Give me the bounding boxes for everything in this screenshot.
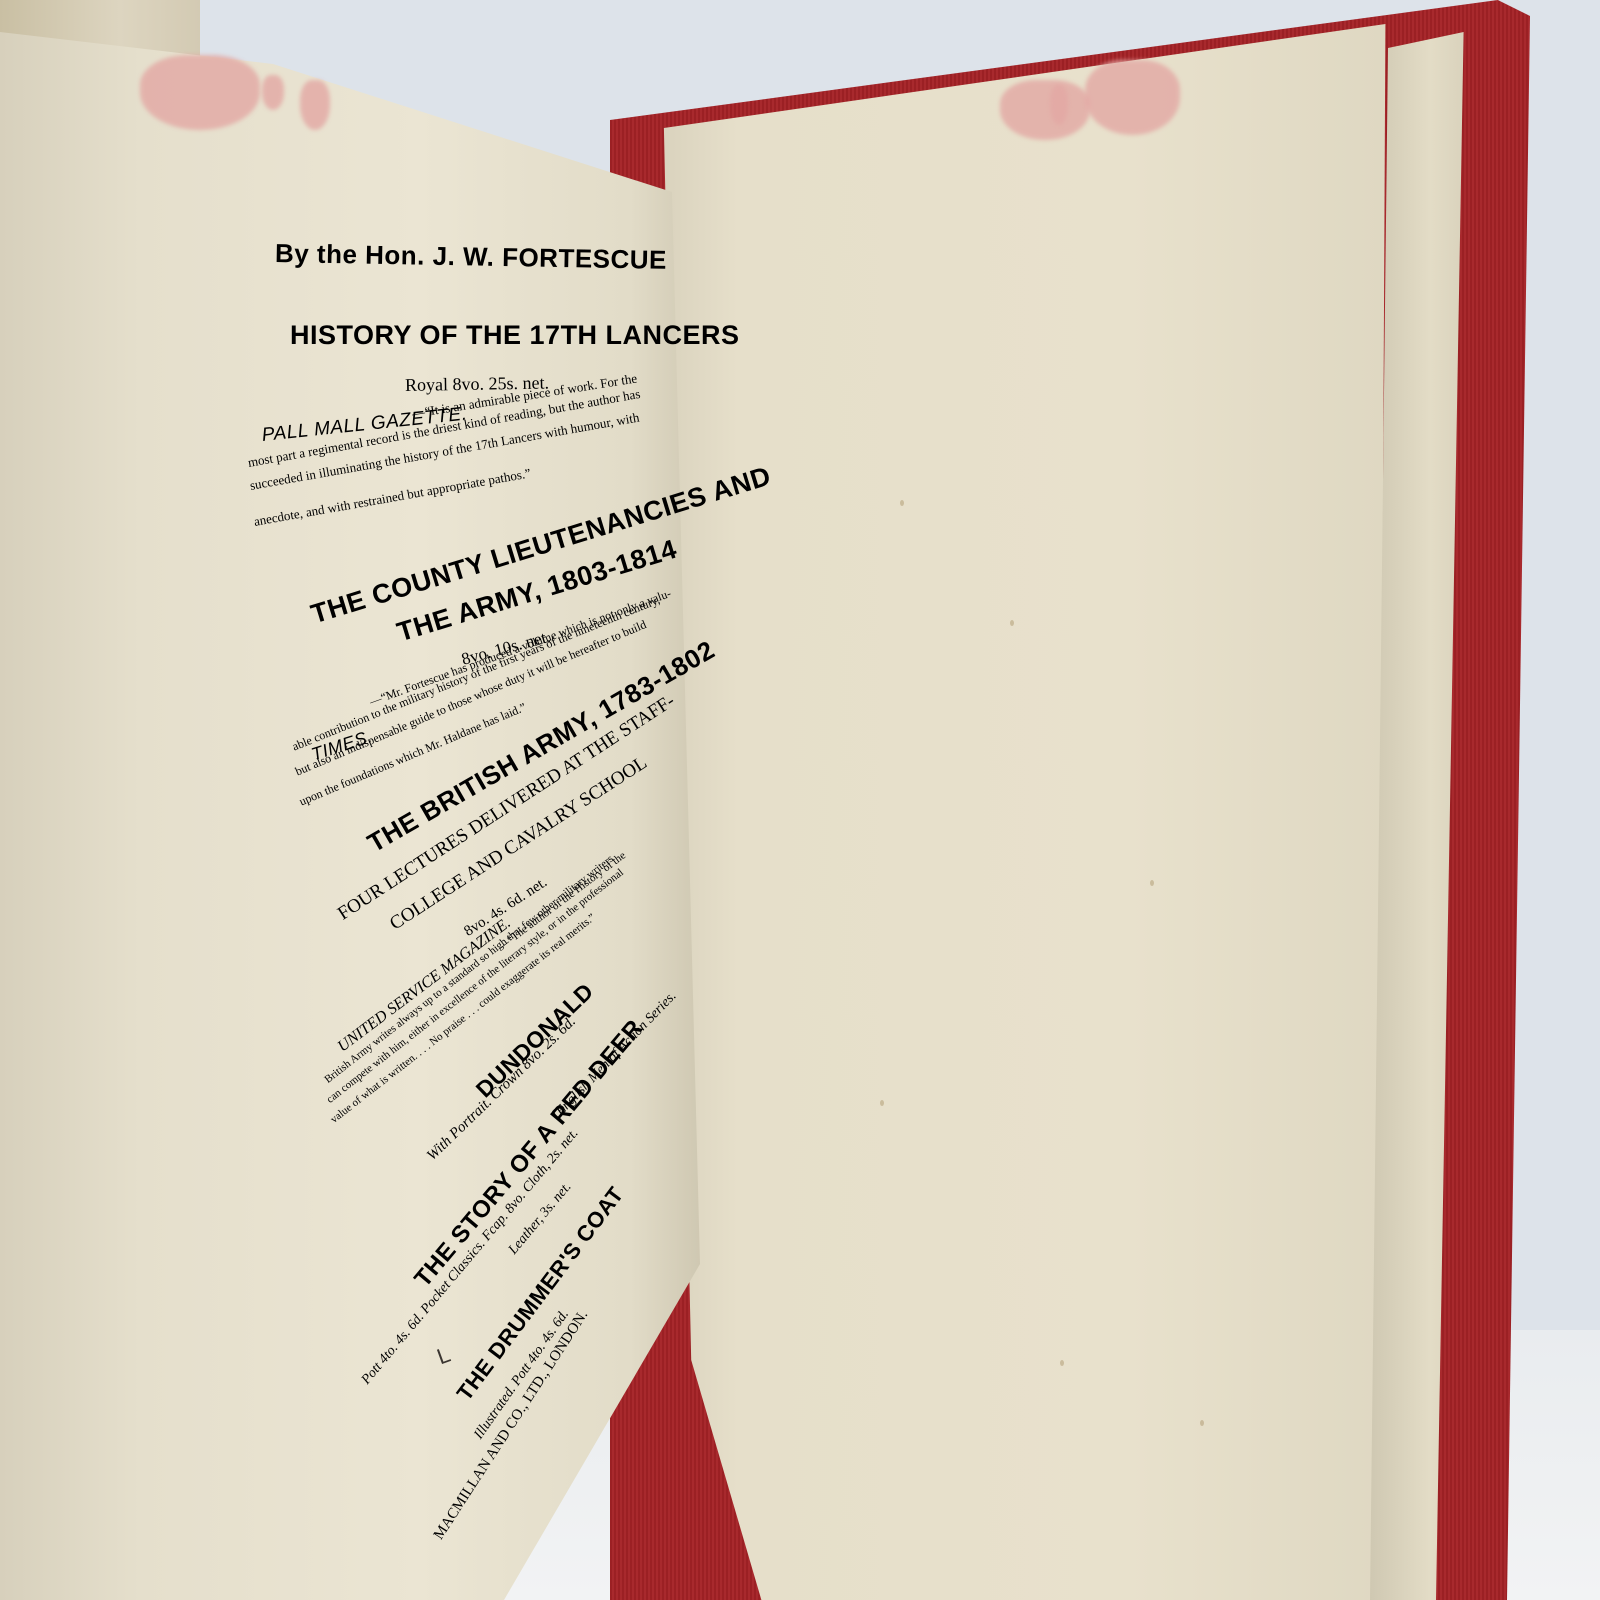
foxing-spot: [1060, 1360, 1064, 1366]
pink-stain: [140, 55, 260, 130]
foxing-spot: [1010, 620, 1014, 626]
foxing-spot: [880, 1100, 884, 1106]
book-title: HISTORY OF THE 17TH LANCERS: [290, 320, 740, 351]
pink-stain: [1050, 85, 1068, 125]
pink-stain: [262, 75, 284, 110]
foxing-spot: [1150, 880, 1154, 886]
book-photo-scene: By the Hon. J. W. FORTESCUE HISTORY OF T…: [0, 0, 1600, 1600]
foxing-spot: [900, 500, 904, 506]
pink-stain: [1000, 80, 1090, 140]
foxing-spot: [1200, 1420, 1204, 1426]
pink-stain: [1085, 60, 1180, 135]
right-blank-page: [660, 0, 1440, 1600]
pink-stain: [300, 80, 330, 130]
